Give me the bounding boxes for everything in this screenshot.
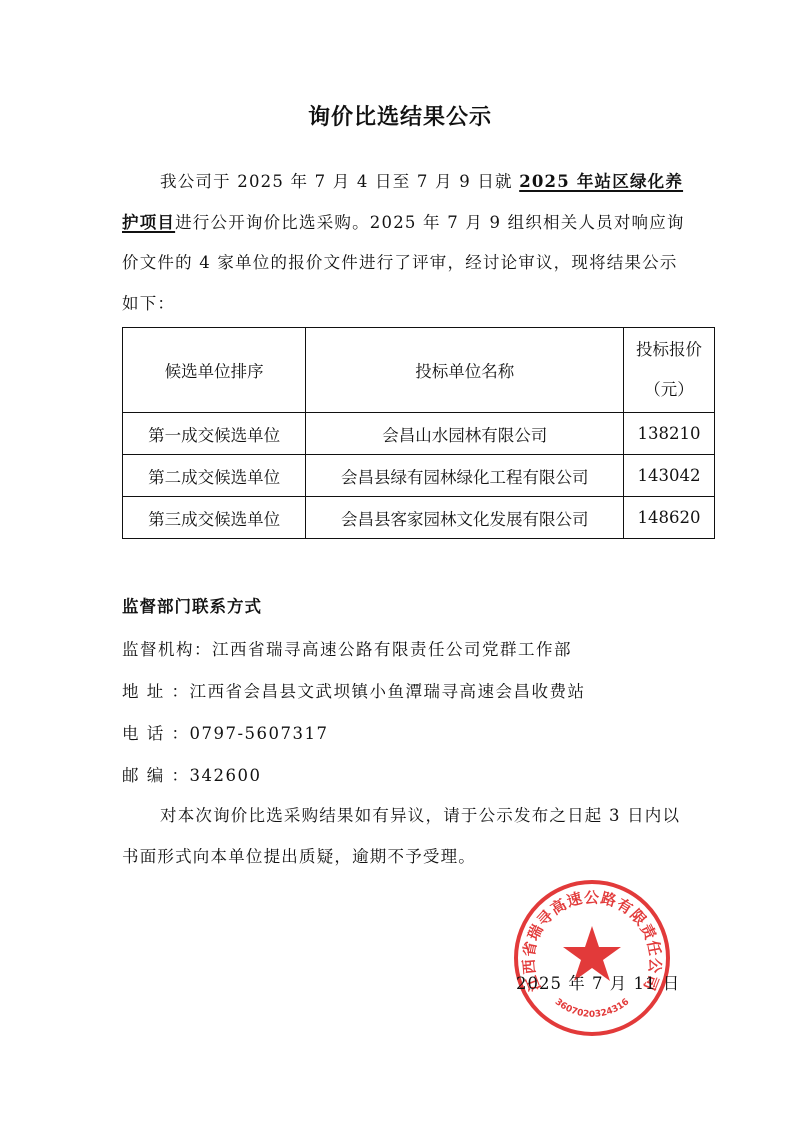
document-page: 询价比选结果公示 我公司于 2025 年 7 月 4 日至 7 月 9 日就 2… <box>0 0 800 1131</box>
cell-price: 138210 <box>624 413 715 455</box>
cell-rank: 第一成交候选单位 <box>123 413 306 455</box>
table-header-row: 候选单位排序 投标单位名称 投标报价 （元） <box>123 328 715 413</box>
header-price: 投标报价 （元） <box>624 328 715 413</box>
svg-text:3607020324316: 3607020324316 <box>553 997 632 1020</box>
results-table: 候选单位排序 投标单位名称 投标报价 （元） 第一成交候选单位 会昌山水园林有限… <box>122 327 715 539</box>
supervision-address: 地 址 ：江西省会昌县文武坝镇小鱼潭瑞寻高速会昌收费站 <box>122 678 586 702</box>
document-title: 询价比选结果公示 <box>0 100 800 131</box>
supervision-section-title: 监督部门联系方式 <box>122 593 262 617</box>
cell-name: 会昌山水园林有限公司 <box>306 413 624 455</box>
supervision-postcode: 邮 编 ：342600 <box>122 762 261 786</box>
table-row: 第二成交候选单位 会昌县绿有园林绿化工程有限公司 143042 <box>123 455 715 497</box>
supervision-phone: 电 话 ：0797-5607317 <box>122 720 329 744</box>
objection-paragraph: 对本次询价比选采购结果如有异议，请于公示发布之日起 3 日内以书面形式向本单位提… <box>122 796 692 877</box>
company-seal-icon: 江西省瑞寻高速公路有限责任公司 3607020324316 <box>512 878 672 1038</box>
header-price-line1: 投标报价 <box>624 330 714 370</box>
cell-price: 143042 <box>624 455 715 497</box>
cell-name: 会昌县客家园林文化发展有限公司 <box>306 497 624 539</box>
cell-rank: 第二成交候选单位 <box>123 455 306 497</box>
cell-name: 会昌县绿有园林绿化工程有限公司 <box>306 455 624 497</box>
header-price-line2: （元） <box>624 370 714 410</box>
cell-rank: 第三成交候选单位 <box>123 497 306 539</box>
cell-price: 148620 <box>624 497 715 539</box>
intro-paragraph: 我公司于 2025 年 7 月 4 日至 7 月 9 日就 2025 年站区绿化… <box>122 162 692 324</box>
table-row: 第一成交候选单位 会昌山水园林有限公司 138210 <box>123 413 715 455</box>
supervision-agency: 监督机构：江西省瑞寻高速公路有限责任公司党群工作部 <box>122 636 572 660</box>
table-row: 第三成交候选单位 会昌县客家园林文化发展有限公司 148620 <box>123 497 715 539</box>
intro-text-part2: 进行公开询价比选采购。2025 年 7 月 9 组织相关人员对响应询价文件的 4… <box>122 213 685 313</box>
document-date: 2025 年 7 月 11 日 <box>516 970 680 994</box>
header-rank: 候选单位排序 <box>123 328 306 413</box>
objection-text: 对本次询价比选采购结果如有异议，请于公示发布之日起 3 日内以书面形式向本单位提… <box>122 806 680 866</box>
header-name: 投标单位名称 <box>306 328 624 413</box>
intro-text-part1: 我公司于 2025 年 7 月 4 日至 7 月 9 日就 <box>160 172 519 191</box>
